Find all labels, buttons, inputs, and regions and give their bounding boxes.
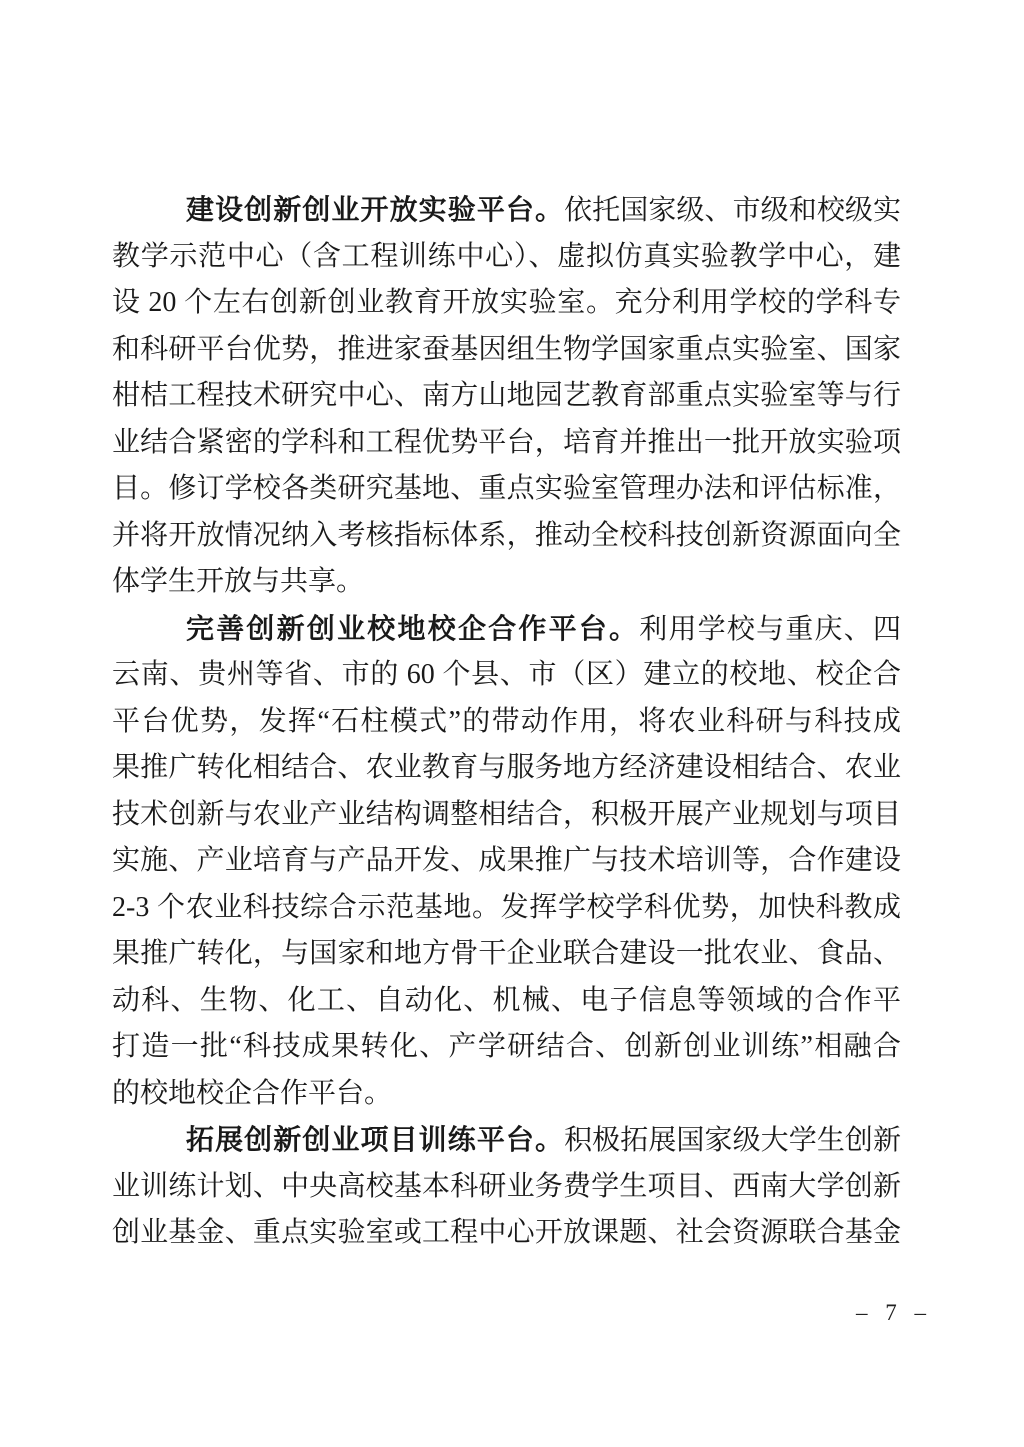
paragraph-lead-bold: 完善创新创业校地校企合作平台。: [186, 613, 639, 644]
line-text: 动科、生物、化工、自动化、机械、电子信息等领域的合作平台，: [112, 985, 901, 1025]
line-text: 平台优势，发挥“石柱模式”的带动作用，将农业科研与科技成: [112, 706, 901, 737]
text-line: 2-3 个农业科技综合示范基地。发挥学校学科优势，加快科教成: [112, 885, 901, 932]
text-line: 技术创新与农业产业结构调整相结合，积极开展产业规划与项目: [112, 792, 901, 839]
page-number: – 7 –: [856, 1298, 932, 1328]
line-text: 和科研平台优势，推进家蚕基因组生物学国家重点实验室、国家: [112, 334, 901, 365]
text-line: 体学生开放与共享。: [112, 559, 901, 606]
line-text: 2-3 个农业科技综合示范基地。发挥学校学科优势，加快科教成: [112, 892, 901, 923]
line-text: 体学生开放与共享。: [112, 566, 364, 597]
line-text: 果推广转化相结合、农业教育与服务地方经济建设相结合、农业: [112, 752, 901, 783]
line-text: 的校地校企合作平台。: [112, 1078, 392, 1109]
text-line: 目。修订学校各类研究基地、重点实验室管理办法和评估标准，: [112, 466, 901, 513]
paragraph-training-platform: 拓展创新创业项目训练平台。积极拓展国家级大学生创新创 业训练计划、中央高校基本科…: [112, 1117, 901, 1257]
text-line: 实施、产业培育与产品开发、成果推广与技术培训等，合作建设: [112, 838, 901, 885]
paragraph-lead-bold: 拓展创新创业项目训练平台。: [186, 1124, 564, 1155]
text-line: 教学示范中心（含工程训练中心）、虚拟仿真实验教学中心，建: [112, 234, 901, 281]
text-line: 拓展创新创业项目训练平台。积极拓展国家级大学生创新创: [112, 1117, 901, 1164]
paragraph-open-lab-platform: 建设创新创业开放实验平台。依托国家级、市级和校级实验 教学示范中心（含工程训练中…: [112, 187, 901, 606]
document-page: 建设创新创业开放实验平台。依托国家级、市级和校级实验 教学示范中心（含工程训练中…: [0, 0, 1024, 1447]
line-text: 创业基金、重点实验室或工程中心开放课题、社会资源联合基金: [112, 1217, 901, 1248]
line-text: 柑桔工程技术研究中心、南方山地园艺教育部重点实验室等与行: [112, 380, 901, 411]
text-line: 云南、贵州等省、市的 60 个县、市（区）建立的校地、校企合作: [112, 652, 901, 699]
text-line: 动科、生物、化工、自动化、机械、电子信息等领域的合作平台，: [112, 978, 901, 1025]
line-text: 设 20 个左右创新创业教育开放实验室。充分利用学校的学科专业: [112, 287, 901, 327]
line-text: 实施、产业培育与产品开发、成果推广与技术培训等，合作建设: [112, 845, 901, 876]
text-line: 业训练计划、中央高校基本科研业务费学生项目、西南大学创新: [112, 1164, 901, 1211]
text-block: 建设创新创业开放实验平台。依托国家级、市级和校级实验 教学示范中心（含工程训练中…: [112, 187, 901, 1257]
line-text: 教学示范中心（含工程训练中心）、虚拟仿真实验教学中心，建: [112, 241, 901, 272]
line-text: 果推广转化，与国家和地方骨干企业联合建设一批农业、食品、: [112, 938, 901, 969]
text-line: 并将开放情况纳入考核指标体系，推动全校科技创新资源面向全: [112, 513, 901, 560]
line-text: 打造一批“科技成果转化、产学研结合、创新创业训练”相融合: [112, 1031, 901, 1062]
line-text: 并将开放情况纳入考核指标体系，推动全校科技创新资源面向全: [112, 520, 901, 551]
text-line: 果推广转化，与国家和地方骨干企业联合建设一批农业、食品、: [112, 931, 901, 978]
text-line: 创业基金、重点实验室或工程中心开放课题、社会资源联合基金: [112, 1210, 901, 1257]
text-line: 果推广转化相结合、农业教育与服务地方经济建设相结合、农业: [112, 745, 901, 792]
text-line: 柑桔工程技术研究中心、南方山地园艺教育部重点实验室等与行: [112, 373, 901, 420]
text-line: 和科研平台优势，推进家蚕基因组生物学国家重点实验室、国家: [112, 327, 901, 374]
text-line: 设 20 个左右创新创业教育开放实验室。充分利用学校的学科专业: [112, 280, 901, 327]
line-text: 目。修订学校各类研究基地、重点实验室管理办法和评估标准，: [112, 473, 901, 504]
text-line: 完善创新创业校地校企合作平台。利用学校与重庆、四川、: [112, 606, 901, 653]
paragraph-lead-bold: 建设创新创业开放实验平台。: [186, 194, 564, 225]
paragraph-cooperation-platform: 完善创新创业校地校企合作平台。利用学校与重庆、四川、 云南、贵州等省、市的 60…: [112, 606, 901, 1118]
line-text: 技术创新与农业产业结构调整相结合，积极开展产业规划与项目: [112, 799, 901, 830]
line-text: 业训练计划、中央高校基本科研业务费学生项目、西南大学创新: [112, 1171, 901, 1202]
text-line: 平台优势，发挥“石柱模式”的带动作用，将农业科研与科技成: [112, 699, 901, 746]
line-text: 业结合紧密的学科和工程优势平台，培育并推出一批开放实验项: [112, 427, 901, 458]
text-line: 打造一批“科技成果转化、产学研结合、创新创业训练”相融合: [112, 1024, 901, 1071]
line-text: 云南、贵州等省、市的 60 个县、市（区）建立的校地、校企合作: [112, 659, 901, 699]
text-line: 的校地校企合作平台。: [112, 1071, 901, 1118]
text-line: 业结合紧密的学科和工程优势平台，培育并推出一批开放实验项: [112, 420, 901, 467]
text-line: 建设创新创业开放实验平台。依托国家级、市级和校级实验: [112, 187, 901, 234]
